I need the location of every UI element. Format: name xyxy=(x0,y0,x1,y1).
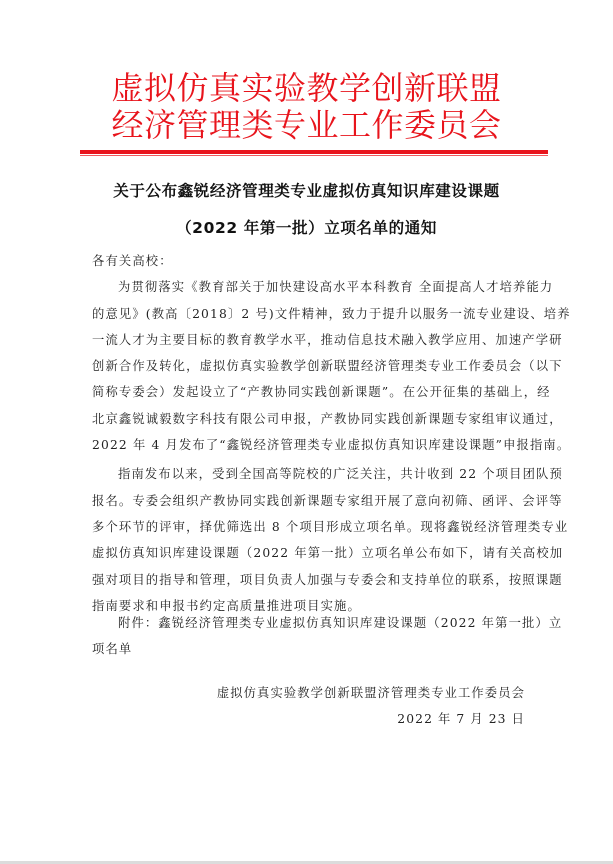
paragraph-line: 一流人才为主要目标的教育教学水平，推动信息技术融入教学应用、加速产学研 xyxy=(92,327,524,353)
paragraph-1: 为贯彻落实《教育部关于加快建设高水平本科教育 全面提高人才培养能力 的意见》(教… xyxy=(92,274,524,458)
issue-date: 2022 年 7 月 23 日 xyxy=(217,706,525,732)
paragraph-line: 报名。专委会组织产教协同实践创新课题专家组开展了意向初筛、函评、会评等 xyxy=(92,488,524,514)
letterhead-org-line2: 经济管理类专业工作委员会 xyxy=(0,107,613,144)
attachment-line2: 项名单 xyxy=(92,636,524,662)
paragraph-line: 2022 年 4 月发布了“鑫锐经济管理类专业虚拟仿真知识库建设课题”申报指南。 xyxy=(92,432,524,458)
attachment-line1: 附件：鑫锐经济管理类专业虚拟仿真知识库建设课题（2022 年第一批）立 xyxy=(92,610,524,636)
paragraph-line: 为贯彻落实《教育部关于加快建设高水平本科教育 全面提高人才培养能力 xyxy=(92,274,524,300)
paragraph-line: 虚拟仿真知识库建设课题（2022 年第一批）立项名单公布如下，请有关高校加 xyxy=(92,540,524,566)
letterhead-divider-thin xyxy=(80,155,548,156)
paragraph-line: 创新合作及转化，虚拟仿真实验教学创新联盟经济管理类专业工作委员会（以下 xyxy=(92,353,524,379)
document-title: 关于公布鑫锐经济管理类专业虚拟仿真知识库建设课题 （2022 年第一批）立项名单… xyxy=(0,173,613,247)
paragraph-line: 强对项目的指导和管理，项目负责人加强与专委会和支持单位的联系，按照课题 xyxy=(92,567,524,593)
letterhead: 虚拟仿真实验教学创新联盟 经济管理类专业工作委员会 xyxy=(0,70,613,144)
issuer-name: 虚拟仿真实验教学创新联盟济管理类专业工作委员会 xyxy=(217,680,525,706)
paragraph-line: 指南发布以来，受到全国高等院校的广泛关注，共计收到 22 个项目团队预 xyxy=(92,461,524,487)
document-page: 虚拟仿真实验教学创新联盟 经济管理类专业工作委员会 关于公布鑫锐经济管理类专业虚… xyxy=(0,0,613,864)
document-body: 各有关高校： 为贯彻落实《教育部关于加快建设高水平本科教育 全面提高人才培养能力… xyxy=(92,248,524,619)
paragraph-line: 简称专委会）发起设立了“产教协同实践创新课题”。在公开征集的基础上，经 xyxy=(92,379,524,405)
letterhead-divider-thick xyxy=(80,150,548,154)
paragraph-line: 多个环节的评审，择优筛选出 8 个项目形成立项名单。现将鑫锐经济管理类专业 xyxy=(92,514,524,540)
salutation: 各有关高校： xyxy=(92,248,524,274)
signature-block: 虚拟仿真实验教学创新联盟济管理类专业工作委员会 2022 年 7 月 23 日 xyxy=(217,680,525,732)
paragraph-2: 指南发布以来，受到全国高等院校的广泛关注，共计收到 22 个项目团队预 报名。专… xyxy=(92,461,524,619)
letterhead-org-line1: 虚拟仿真实验教学创新联盟 xyxy=(0,70,613,107)
attachment-note: 附件：鑫锐经济管理类专业虚拟仿真知识库建设课题（2022 年第一批）立 项名单 xyxy=(92,610,524,663)
document-title-line2: （2022 年第一批）立项名单的通知 xyxy=(0,210,613,247)
paragraph-line: 的意见》(教高〔2018〕2 号)文件精神，致力于提升以服务一流专业建设、培养 xyxy=(92,301,524,327)
paragraph-line: 北京鑫锐诚毅数字科技有限公司申报，产教协同实践创新课题专家组审议通过， xyxy=(92,406,524,432)
document-title-line1: 关于公布鑫锐经济管理类专业虚拟仿真知识库建设课题 xyxy=(0,173,613,210)
